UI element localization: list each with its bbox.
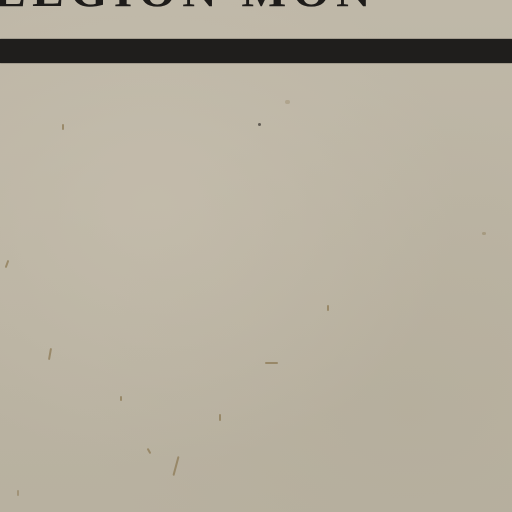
paper-fleck	[327, 305, 329, 311]
paper-background	[0, 0, 512, 512]
page-heading: LEGION MON	[0, 0, 377, 14]
paper-fleck	[120, 396, 122, 401]
heading-clip: LEGION MON	[0, 0, 512, 16]
paper-fleck	[219, 414, 221, 421]
paper-fleck	[265, 362, 278, 364]
paper-fleck	[482, 232, 486, 235]
paper-fleck	[285, 100, 290, 104]
paper-fleck	[258, 123, 261, 126]
horizontal-rule	[0, 39, 512, 63]
paper-fleck	[17, 490, 19, 496]
paper-fleck	[62, 124, 64, 130]
